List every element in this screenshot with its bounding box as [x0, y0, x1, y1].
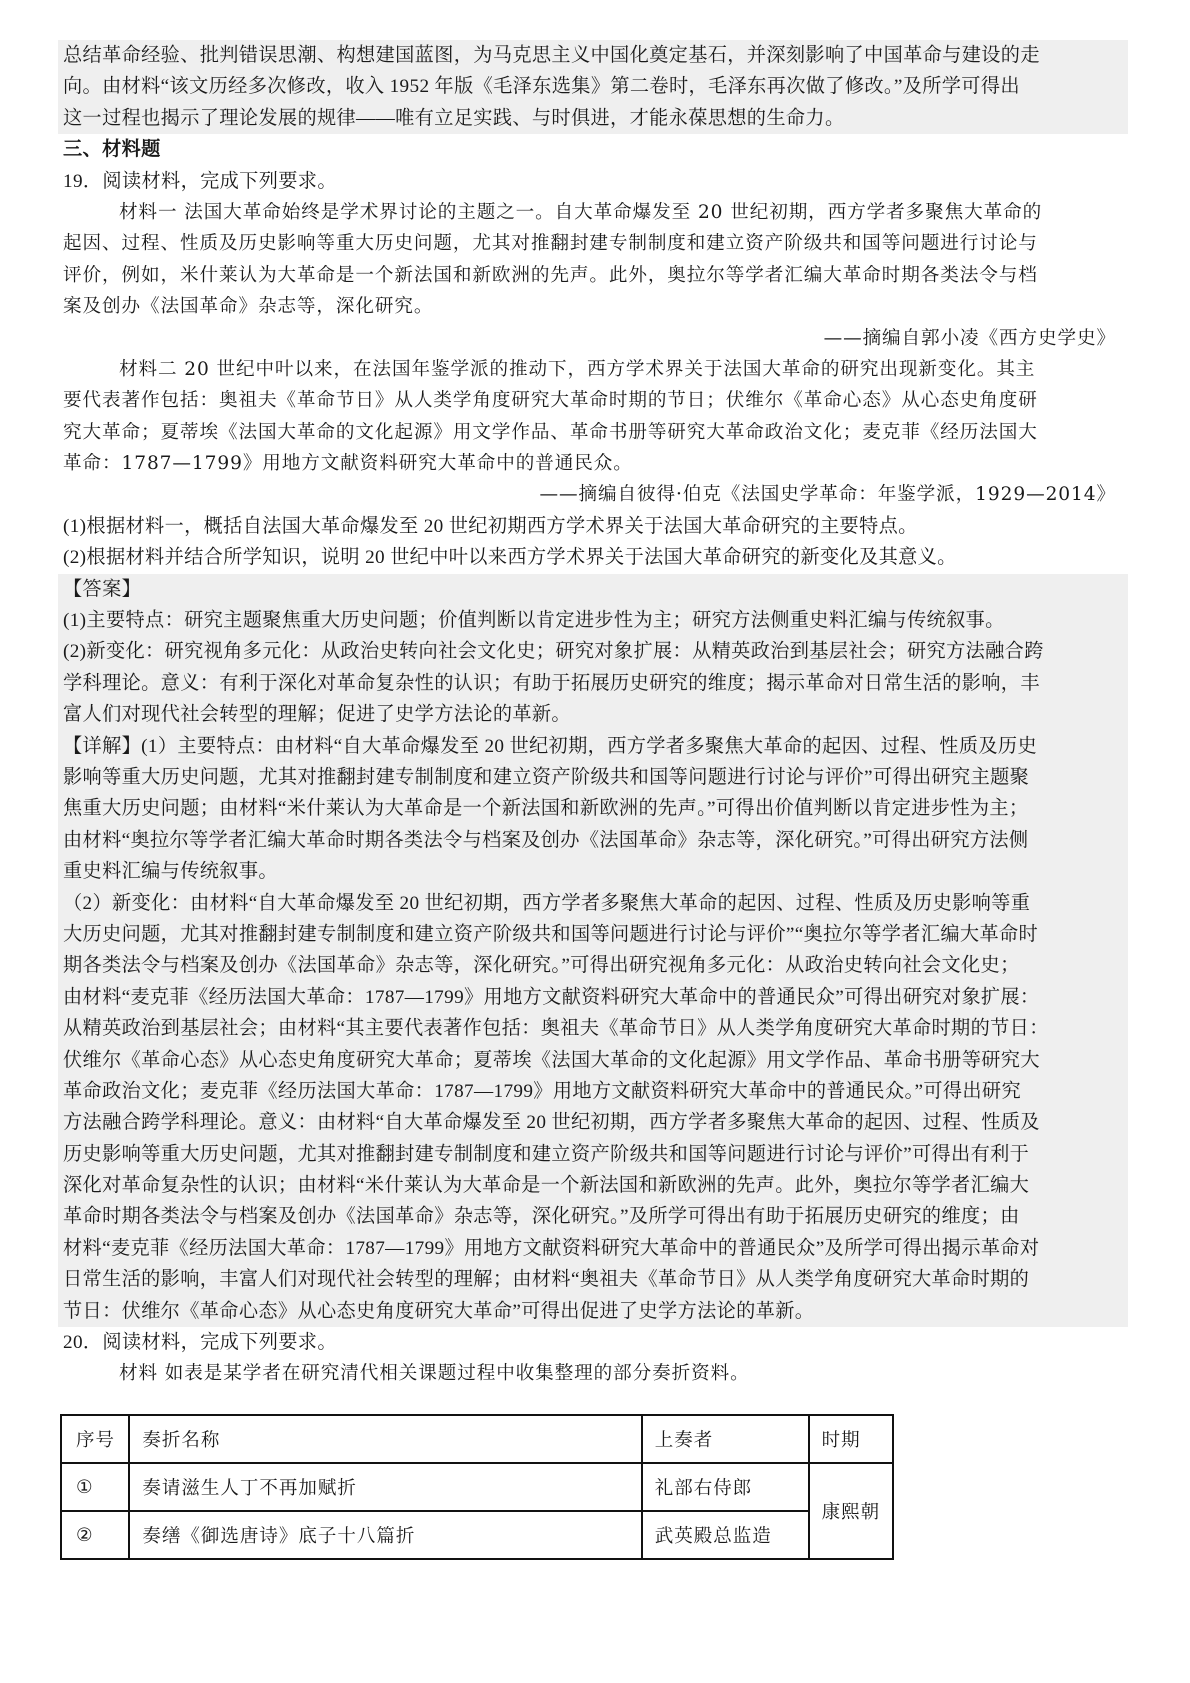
text-line: 学科理论。意义：有利于深化对革命复杂性的认识；有助于拓展历史研究的维度；揭示革命…: [58, 668, 1128, 699]
text-line: 材料一 法国大革命始终是学术界讨论的主题之一。自大革命爆发至 20 世纪初期，西…: [63, 197, 1128, 228]
question-19: 19．阅读材料，完成下列要求。 材料一 法国大革命始终是学术界讨论的主题之一。自…: [63, 166, 1128, 1327]
text-line: 方法融合跨学科理论。意义：由材料“自大革命爆发至 20 世纪初期，西方学者多聚焦…: [58, 1107, 1128, 1138]
text-line: 伏维尔《革命心态》从心态史角度研究大革命；夏蒂埃《法国大革命的文化起源》用文学作…: [58, 1045, 1128, 1076]
text-line: （2）新变化：由材料“自大革命爆发至 20 世纪初期，西方学者多聚焦大革命的起因…: [58, 888, 1128, 919]
sub-question: (2)根据材料并结合所学知识，说明 20 世纪中叶以来西方学术界关于法国大革命研…: [63, 542, 1128, 573]
text-line: 期各类法令与档案及创办《法国革命》杂志等，深化研究。”可得出研究视角多元化：从政…: [58, 950, 1128, 981]
cell-period: 康熙朝: [809, 1463, 893, 1559]
explanation-block: 【详解】(1）主要特点：由材料“自大革命爆发至 20 世纪初期，西方学者多聚焦大…: [63, 731, 1128, 1327]
text-line: 革命：1787—1799》用地方文献资料研究大革命中的普通民众。: [63, 448, 1128, 479]
text-line: 【详解】(1）主要特点：由材料“自大革命爆发至 20 世纪初期，西方学者多聚焦大…: [58, 731, 1128, 762]
text-line: 由材料“麦克菲《经历法国大革命：1787—1799》用地方文献资料研究大革命中的…: [58, 982, 1128, 1013]
header-name: 奏折名称: [129, 1415, 641, 1463]
question-stem: 20．阅读材料，完成下列要求。: [63, 1327, 1128, 1358]
text-line: 总结革命经验、批判错误思潮、构想建国蓝图，为马克思主义中国化奠定基石，并深刻影响…: [58, 40, 1128, 71]
text-line: 焦重大历史问题；由材料“米什莱认为大革命是一个新法国和新欧洲的先声。”可得出价值…: [58, 793, 1128, 824]
text-line: 革命政治文化；麦克菲《经历法国大革命：1787—1799》用地方文献资料研究大革…: [58, 1076, 1128, 1107]
table-header-row: 序号 奏折名称 上奏者 时期: [61, 1415, 893, 1463]
table-row: ② 奏缮《御选唐诗》底子十八篇折 武英殿总监造: [61, 1511, 893, 1559]
text-line: 历史影响等重大历史问题，尤其对推翻封建专制制度和建立资产阶级共和国等问题进行讨论…: [58, 1139, 1128, 1170]
question-stem: 19．阅读材料，完成下列要求。: [63, 166, 1128, 197]
cell-no: ②: [61, 1511, 129, 1559]
text-line: 案及创办《法国革命》杂志等，深化研究。: [63, 291, 1128, 322]
text-line: 材料“麦克菲《经历法国大革命：1787—1799》用地方文献资料研究大革命中的普…: [58, 1233, 1128, 1264]
document-page: 总结革命经验、批判错误思潮、构想建国蓝图，为马克思主义中国化奠定基石，并深刻影响…: [63, 40, 1128, 1390]
text-line: 评价，例如，米什莱认为大革命是一个新法国和新欧洲的先声。此外，奥拉尔等学者汇编大…: [63, 260, 1128, 291]
text-line: (1)主要特点：研究主题聚焦重大历史问题；价值判断以肯定进步性为主；研究方法侧重…: [58, 605, 1128, 636]
header-no: 序号: [61, 1415, 129, 1463]
answer-label: 【答案】: [58, 574, 1128, 605]
text-line: 革命时期各类法令与档案及创办《法国革命》杂志等，深化研究。”及所学可得出有助于拓…: [58, 1201, 1128, 1232]
cell-no: ①: [61, 1463, 129, 1511]
answer-block: 【答案】 (1)主要特点：研究主题聚焦重大历史问题；价值判断以肯定进步性为主；研…: [63, 574, 1128, 731]
material-source: ——摘编自郭小凌《西方史学史》: [63, 323, 1128, 354]
material-intro: 材料 如表是某学者在研究清代相关课题过程中收集整理的部分奏折资料。: [63, 1358, 1128, 1389]
text-line: 从精英政治到基层社会；由材料“其主要代表著作包括：奥祖夫《革命节日》从人类学角度…: [58, 1013, 1128, 1044]
text-line: 影响等重大历史问题，尤其对推翻封建专制制度和建立资产阶级共和国等问题进行讨论与评…: [58, 762, 1128, 793]
text-line: 向。由材料“该文历经多次修改，收入 1952 年版《毛泽东选集》第二卷时，毛泽东…: [58, 71, 1128, 102]
text-line: 要代表著作包括：奥祖夫《革命节日》从人类学角度研究大革命时期的节日；伏维尔《革命…: [63, 385, 1128, 416]
text-line: 节日：伏维尔《革命心态》从心态史角度研究大革命”可得出促进了史学方法论的革新。: [58, 1296, 1128, 1327]
sub-question: (1)根据材料一，概括自法国大革命爆发至 20 世纪初期西方学术界关于法国大革命…: [63, 511, 1128, 542]
material-1: 材料一 法国大革命始终是学术界讨论的主题之一。自大革命爆发至 20 世纪初期，西…: [63, 197, 1128, 354]
question-20: 20．阅读材料，完成下列要求。 材料 如表是某学者在研究清代相关课题过程中收集整…: [63, 1327, 1128, 1390]
text-line: 材料二 20 世纪中叶以来，在法国年鉴学派的推动下，西方学术界关于法国大革命的研…: [63, 354, 1128, 385]
text-line: 富人们对现代社会转型的理解；促进了史学方法论的革新。: [58, 699, 1128, 730]
text-line: 究大革命；夏蒂埃《法国大革命的文化起源》用文学作品、革命书册等研究大革命政治文化…: [63, 417, 1128, 448]
table-row: ① 奏请滋生人丁不再加赋折 礼部右侍郎 康熙朝: [61, 1463, 893, 1511]
text-line: (2)新变化：研究视角多元化：从政治史转向社会文化史；研究对象扩展：从精英政治到…: [58, 636, 1128, 667]
header-by: 上奏者: [642, 1415, 809, 1463]
cell-by: 礼部右侍郎: [642, 1463, 809, 1511]
memorial-table: 序号 奏折名称 上奏者 时期 ① 奏请滋生人丁不再加赋折 礼部右侍郎 康熙朝 ②…: [60, 1414, 894, 1560]
previous-answer-block: 总结革命经验、批判错误思潮、构想建国蓝图，为马克思主义中国化奠定基石，并深刻影响…: [63, 40, 1128, 134]
cell-name: 奏缮《御选唐诗》底子十八篇折: [129, 1511, 641, 1559]
text-line: 日常生活的影响，丰富人们对现代社会转型的理解；由材料“奥祖夫《革命节日》从人类学…: [58, 1264, 1128, 1295]
cell-by: 武英殿总监造: [642, 1511, 809, 1559]
header-period: 时期: [809, 1415, 893, 1463]
text-line: 大历史问题，尤其对推翻封建专制制度和建立资产阶级共和国等问题进行讨论与评价”“奥…: [58, 919, 1128, 950]
text-line: 这一过程也揭示了理论发展的规律——唯有立足实践、与时俱进，才能永葆思想的生命力。: [58, 103, 1128, 134]
text-line: 重史料汇编与传统叙事。: [58, 856, 1128, 887]
cell-name: 奏请滋生人丁不再加赋折: [129, 1463, 641, 1511]
material-2: 材料二 20 世纪中叶以来，在法国年鉴学派的推动下，西方学术界关于法国大革命的研…: [63, 354, 1128, 511]
section-title: 三、材料题: [63, 134, 1128, 165]
text-line: 深化对革命复杂性的认识；由材料“米什莱认为大革命是一个新法国和新欧洲的先声。此外…: [58, 1170, 1128, 1201]
text-line: 起因、过程、性质及历史影响等重大历史问题，尤其对推翻封建专制制度和建立资产阶级共…: [63, 228, 1128, 259]
text-line: 由材料“奥拉尔等学者汇编大革命时期各类法令与档案及创办《法国革命》杂志等，深化研…: [58, 825, 1128, 856]
material-source: ——摘编自彼得·伯克《法国史学革命：年鉴学派，1929—2014》: [63, 479, 1128, 510]
